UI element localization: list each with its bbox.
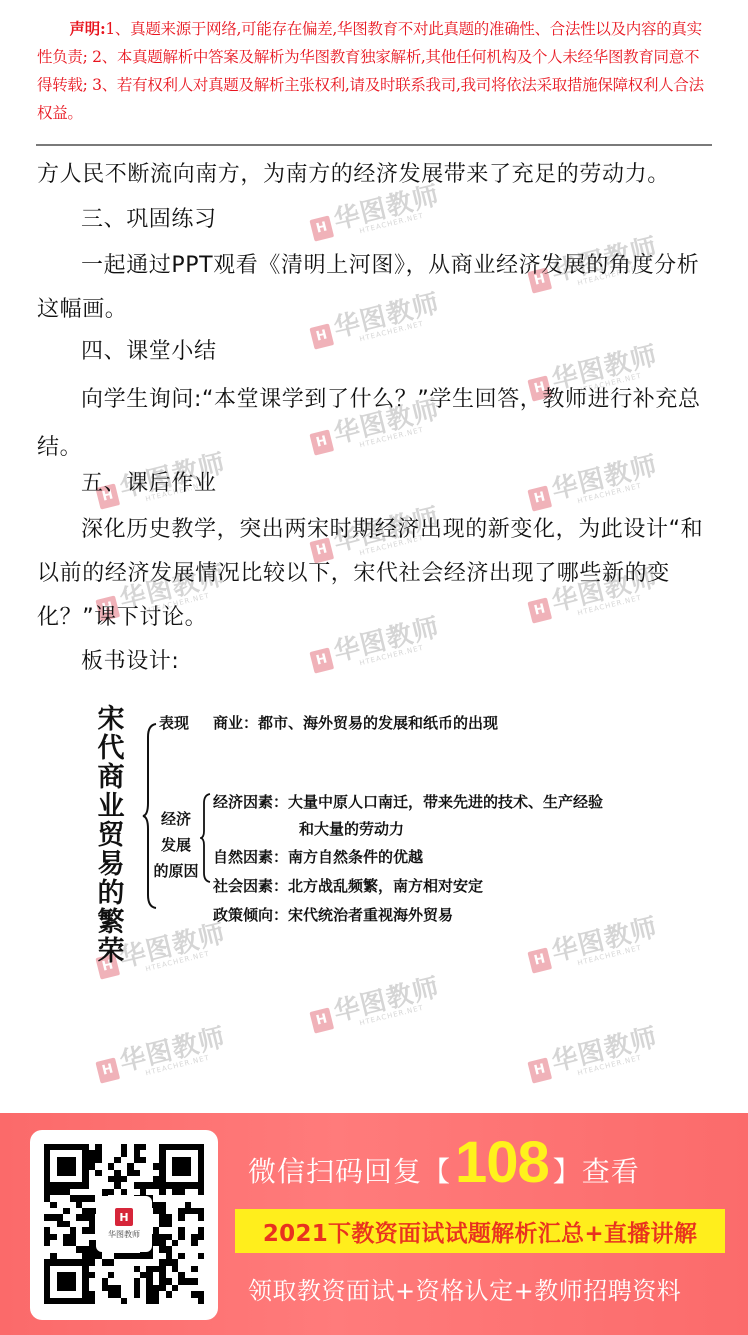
paragraph: 一起通过PPT观看《清明上河图》，从商业经济发展的角度分析这幅画。 <box>37 244 717 332</box>
divider <box>36 144 712 146</box>
watermark: H华图教师HTEACHER.NET <box>308 975 444 1039</box>
brand-logo-icon: H <box>115 1208 133 1226</box>
board-title: 宋代商业贸易的繁荣 <box>96 705 126 966</box>
cta-reply-line: 微信扫码回复【 108 】查看 <box>248 1143 640 1196</box>
paragraph: 深化历史教学，突出两宋时期经济出现的新变化，为此设计“和以前的经济发展情况比较以… <box>37 508 717 640</box>
factor-policy: 政策倾向：宋代统治者重视海外贸易 <box>213 905 453 925</box>
branch-label-reasons-1: 经济 <box>152 809 200 829</box>
disclaimer-lead: 声明: <box>70 19 106 38</box>
branch-label-performance: 表现 <box>159 713 189 733</box>
disclaimer: 声明:1、真题来源于网络,可能存在偏差,华图教育不对此真题的准确性、合法性以及内… <box>37 15 713 127</box>
factor-economic-cont: 和大量的劳动力 <box>299 819 404 839</box>
qr-code[interactable]: H 华图教师 <box>30 1130 218 1320</box>
qr-code-grid: H 华图教师 <box>44 1144 204 1304</box>
factor-social: 社会因素：北方战乱频繁，南方相对安定 <box>213 876 483 896</box>
branch-line-commerce: 商业：都市、海外贸易的发展和纸币的出现 <box>213 713 498 733</box>
watermark: H华图教师HTEACHER.NET <box>526 1025 662 1089</box>
qr-brand: 华图教师 <box>108 1229 140 1240</box>
watermark: H华图教师HTEACHER.NET <box>94 1025 230 1089</box>
section-heading-4: 四、课堂小结 <box>37 338 717 366</box>
factor-economic: 经济因素：大量中原人口南迁，带来先进的技术、生产经验 <box>213 792 603 812</box>
brace-icon <box>200 793 212 883</box>
cta-footer: 领取教资面试+资格认定+教师招聘资料 <box>248 1271 681 1306</box>
branch-label-reasons-3: 的原因 <box>148 861 204 881</box>
paragraph: 向学生询问:“本堂课学到了什么？”学生回答，教师进行补充总结。 <box>37 376 717 472</box>
watermark-logo-icon: H <box>95 1057 120 1083</box>
board-design: 宋代商业贸易的繁荣 表现 商业：都市、海外贸易的发展和纸币的出现 经济 发展 的… <box>96 705 656 935</box>
watermark-logo-icon: H <box>309 1007 334 1033</box>
cta-code: 108 <box>455 1129 549 1196</box>
section-heading-5: 五、课后作业 <box>37 470 717 498</box>
factor-natural: 自然因素：南方自然条件的优越 <box>213 847 423 867</box>
cta-prefix: 微信扫码回复【 <box>248 1150 451 1190</box>
watermark-logo-icon: H <box>527 947 552 973</box>
promo-banner[interactable]: H 华图教师 微信扫码回复【 108 】查看 2021下教资面试试题解析汇总+直… <box>0 1113 748 1335</box>
branch-label-reasons-2: 发展 <box>152 835 200 855</box>
qr-logo: H 华图教师 <box>96 1196 152 1252</box>
paragraph: 方人民不断流向南方，为南方的经济发展带来了充足的劳动力。 <box>37 161 717 189</box>
cta-suffix: 】查看 <box>553 1150 640 1190</box>
cta-highlight[interactable]: 2021下教资面试试题解析汇总+直播讲解 <box>235 1209 725 1253</box>
watermark-logo-icon: H <box>527 1057 552 1083</box>
section-heading-3: 三、巩固练习 <box>37 206 717 234</box>
disclaimer-text: 1、真题来源于网络,可能存在偏差,华图教育不对此真题的准确性、合法性以及内容的真… <box>37 20 704 122</box>
board-design-label: 板书设计: <box>37 648 717 676</box>
